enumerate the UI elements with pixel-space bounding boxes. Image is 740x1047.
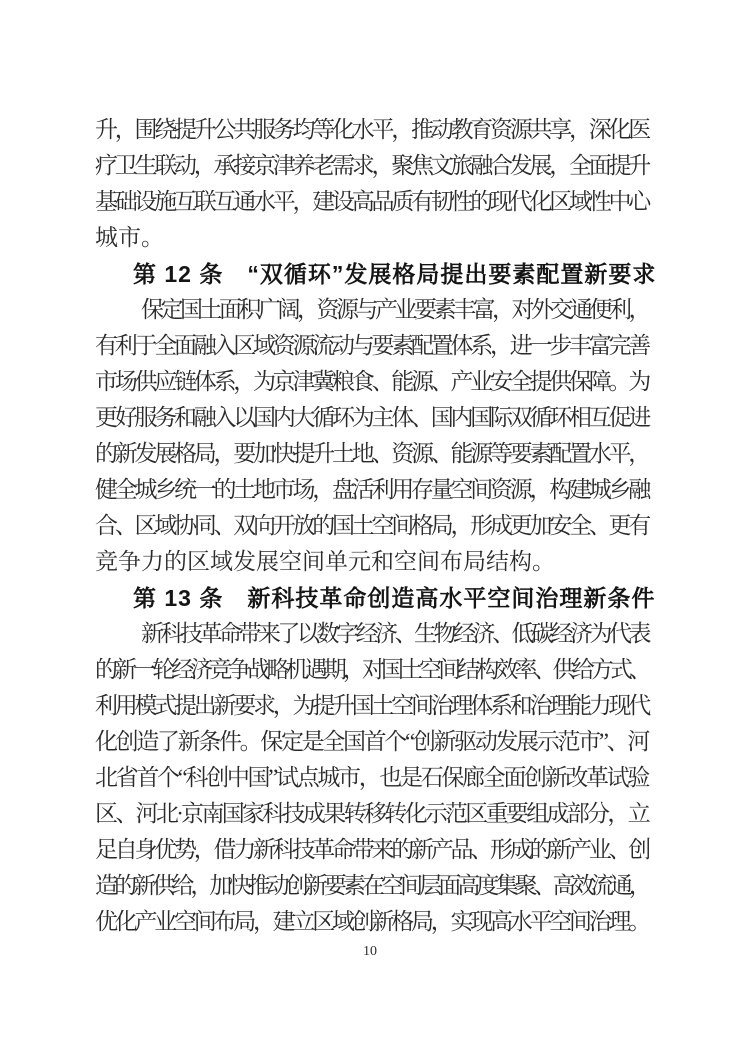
text-line: 升，围绕提升公共服务均等化水平，推动教育资源共享，深化医 — [95, 112, 648, 148]
text-line: 有利于全面融入区域资源流动与要素配置体系，进一步丰富完善 — [95, 328, 648, 364]
text-line: 疗卫生联动，承接京津养老需求，聚焦文旅融合发展，全面提升 — [95, 148, 648, 184]
text-line-content: 竞争力的区域发展空间单元和空间布局结构。 — [95, 544, 555, 580]
text-line-content: 基础设施互联互通水平，建设高品质有韧性的现代化区域性中心 — [95, 184, 648, 220]
text-line: 北省首个“科创中国”试点城市，也是石保廊全面创新改革试验 — [95, 760, 648, 796]
text-line: 造的新供给，加快推动创新要素在空间层面高度集聚、高效流通， — [95, 868, 648, 904]
text-line: 足自身优势，借力新科技革命带来的新产品、形成的新产业、创 — [95, 832, 648, 868]
text-line: 基础设施互联互通水平，建设高品质有韧性的现代化区域性中心 — [95, 184, 648, 220]
text-line-content: 更好服务和融入以国内大循环为主体、国内国际双循环相互促进 — [95, 400, 648, 436]
text-line: 保定国土面积广阔，资源与产业要素丰富，对外交通便利， — [95, 292, 648, 328]
text-line-content: 健全城乡统一的土地市场，盘活利用存量空间资源，构建城乡融 — [95, 472, 648, 508]
text-line: 优化产业空间布局，建立区域创新格局，实现高水平空间治理。 — [95, 904, 648, 940]
text-line-content: 的新一轮经济竞争战略机遇期，对国土空间结构效率、供给方式、 — [95, 652, 648, 688]
text-line-content: 升，围绕提升公共服务均等化水平，推动教育资源共享，深化医 — [95, 112, 648, 148]
text-line-content: 北省首个“科创中国”试点城市，也是石保廊全面创新改革试验 — [95, 760, 648, 796]
text-line: 健全城乡统一的土地市场，盘活利用存量空间资源，构建城乡融 — [95, 472, 648, 508]
text-line-content: 造的新供给，加快推动创新要素在空间层面高度集聚、高效流通， — [95, 868, 648, 904]
text-line: 新科技革命带来了以数字经济、生物经济、低碳经济为代表 — [95, 616, 648, 652]
text-line-content: 区、河北·京南国家科技成果转移转化示范区重要组成部分，立 — [95, 796, 648, 832]
text-line: 化创造了新条件。保定是全国首个“创新驱动发展示范市”、河 — [95, 724, 648, 760]
text-line-content: 疗卫生联动，承接京津养老需求，聚焦文旅融合发展，全面提升 — [95, 148, 648, 184]
text-line: 合、区域协同、双向开放的国土空间格局，形成更加安全、更有 — [95, 508, 648, 544]
text-line-content: 城市。 — [95, 220, 164, 256]
text-line: 的新一轮经济竞争战略机遇期，对国土空间结构效率、供给方式、 — [95, 652, 648, 688]
text-line-content: 有利于全面融入区域资源流动与要素配置体系，进一步丰富完善 — [95, 328, 648, 364]
text-line: 区、河北·京南国家科技成果转移转化示范区重要组成部分，立 — [95, 796, 648, 832]
text-line: 竞争力的区域发展空间单元和空间布局结构。 — [95, 544, 648, 580]
text-line: 更好服务和融入以国内大循环为主体、国内国际双循环相互促进 — [95, 400, 648, 436]
text-line: 城市。 — [95, 220, 648, 256]
text-line-content: 利用模式提出新要求，为提升国土空间治理体系和治理能力现代 — [95, 688, 648, 724]
document-body: 升，围绕提升公共服务均等化水平，推动教育资源共享，深化医疗卫生联动，承接京津养老… — [95, 112, 648, 940]
section-heading: 第 13 条 新科技革命创造高水平空间治理新条件 — [95, 580, 648, 616]
text-line-content: 保定国土面积广阔，资源与产业要素丰富，对外交通便利， — [141, 292, 648, 328]
text-line-content: 化创造了新条件。保定是全国首个“创新驱动发展示范市”、河 — [95, 724, 648, 760]
text-line: 利用模式提出新要求，为提升国土空间治理体系和治理能力现代 — [95, 688, 648, 724]
text-line: 市场供应链体系，为京津冀粮食、能源、产业安全提供保障。为 — [95, 364, 648, 400]
text-line-content: 市场供应链体系，为京津冀粮食、能源、产业安全提供保障。为 — [95, 364, 648, 400]
document-page: 升，围绕提升公共服务均等化水平，推动教育资源共享，深化医疗卫生联动，承接京津养老… — [0, 0, 740, 1047]
text-line-content: 新科技革命带来了以数字经济、生物经济、低碳经济为代表 — [141, 616, 648, 652]
text-line-content: 的新发展格局，要加快提升土地、资源、能源等要素配置水平， — [95, 436, 648, 472]
text-line-content: 优化产业空间布局，建立区域创新格局，实现高水平空间治理。 — [95, 904, 648, 940]
section-heading: 第 12 条 “双循环”发展格局提出要素配置新要求 — [95, 256, 648, 292]
text-line: 的新发展格局，要加快提升土地、资源、能源等要素配置水平， — [95, 436, 648, 472]
text-line-content: 足自身优势，借力新科技革命带来的新产品、形成的新产业、创 — [95, 832, 648, 868]
text-line-content: 合、区域协同、双向开放的国土空间格局，形成更加安全、更有 — [95, 508, 648, 544]
page-number: 10 — [0, 944, 740, 960]
